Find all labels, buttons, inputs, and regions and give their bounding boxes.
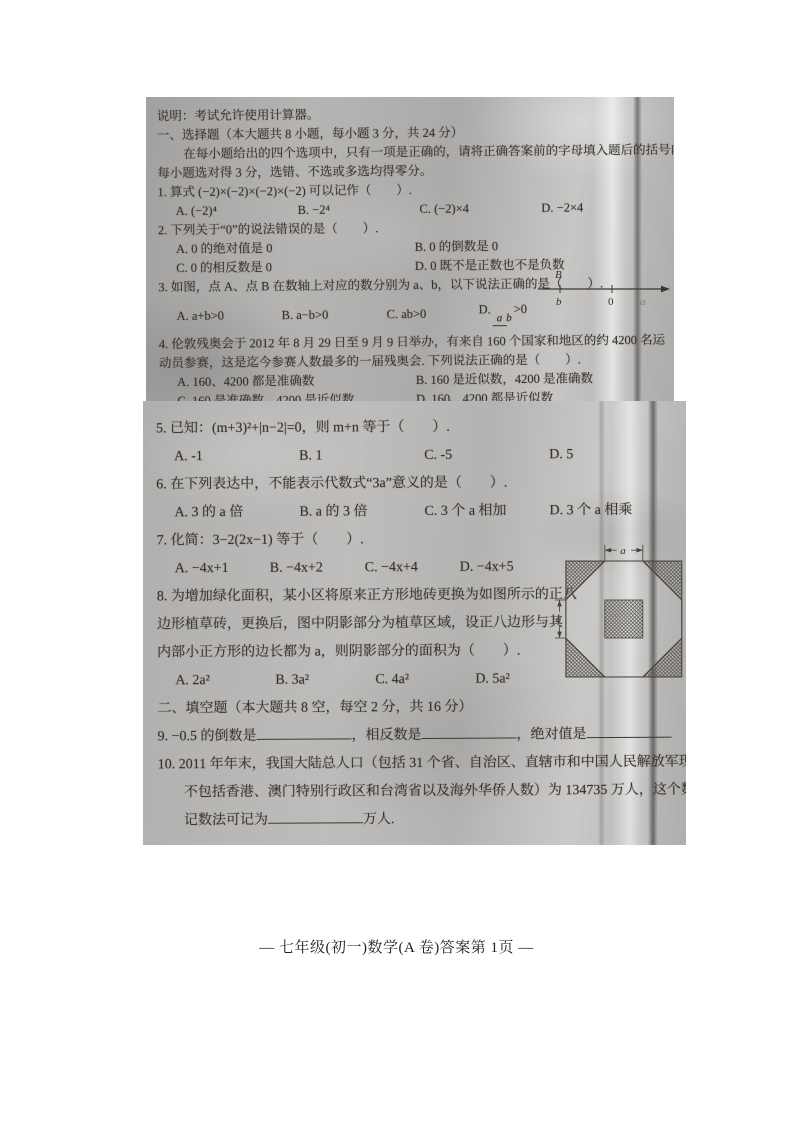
q3-option-d-tail: >0 xyxy=(514,300,527,319)
q8-option-d: D. 5a² xyxy=(475,666,510,694)
q5-option-a: A. -1 xyxy=(174,443,299,472)
shaded-center-square xyxy=(605,600,643,638)
q3-option-a: A. a+b>0 xyxy=(176,306,281,326)
numline-label-B: B xyxy=(555,269,562,281)
arrowhead-icon xyxy=(557,632,562,638)
q6-options: A. 3 的 a 倍 B. a 的 3 倍 C. 3 个 a 相加 D. 3 个… xyxy=(156,497,677,528)
q9-text-1: 9. −0.5 的倒数是 xyxy=(158,729,257,745)
fraction-a-over-b: ab xyxy=(493,311,512,326)
q10-line1: 10. 2011 年年末，我国大陆总人口（包括 31 个省、自治区、直辖市和中国… xyxy=(158,749,679,780)
q4-option-c: C. 160 是准确数、4200 是近似数 xyxy=(177,390,416,401)
q2-option-a: A. 0 的绝对值是 0 xyxy=(176,238,415,259)
fraction-denominator: b xyxy=(506,312,512,324)
q4-option-b: B. 160 是近似数，4200 是准确数 xyxy=(416,369,655,390)
q8-stem-line3: 内部小正方形的边长都为 a，则阴影部分的面积为（ ）. xyxy=(157,637,561,667)
q1-option-d: D. −2×4 xyxy=(541,198,663,218)
q1-option-c: C. (−2)×4 xyxy=(419,199,541,219)
q9-text-3: ，绝对值是 xyxy=(516,727,586,742)
number-line-figure: B b 0 a xyxy=(536,265,672,309)
q7-option-a: A. −4x+1 xyxy=(175,555,270,583)
q8-option-c: C. 4a² xyxy=(375,666,475,695)
q10-line3: 记数法可记为万人. xyxy=(158,805,679,836)
q3-option-d-label: D. xyxy=(478,300,490,319)
q3-option-b: B. a−b>0 xyxy=(281,305,386,325)
q5-option-d: D. 5 xyxy=(549,441,674,470)
q7-options: A. −4x+1 B. −4x+2 C. −4x+4 D. −4x+5 xyxy=(157,553,561,583)
numline-label-b: b xyxy=(556,296,562,308)
arrowhead-icon xyxy=(661,286,670,293)
octagon-tile-figure: a a xyxy=(555,529,686,709)
q6-option-b: B. a 的 3 倍 xyxy=(299,498,424,527)
q9-blank-1 xyxy=(256,725,351,739)
dimension-label-top: a xyxy=(620,545,626,557)
q1-option-b: B. −2⁴ xyxy=(297,200,419,220)
q9-blank-3 xyxy=(586,724,671,738)
q6-stem: 6. 在下列表达中，不能表示代数式“3a”意义的是（ ）. xyxy=(156,469,677,500)
q7-option-c: C. −4x+4 xyxy=(365,554,460,582)
q4-option-d: D. 160、4200 都是近似数 xyxy=(416,388,655,401)
q9-text-2: ，相反数是 xyxy=(351,728,421,743)
q8-options: A. 2a² B. 3a² C. 4a² D. 5a² xyxy=(157,665,561,695)
q2-option-c: C. 0 的相反数是 0 xyxy=(176,257,415,278)
q3-option-d: D. ab>0 xyxy=(478,300,527,326)
q5-option-c: C. -5 xyxy=(424,441,549,470)
q9-blank-2 xyxy=(421,724,516,738)
q9-line: 9. −0.5 的倒数是，相反数是，绝对值是 xyxy=(158,721,679,752)
q3-option-c: C. ab>0 xyxy=(386,304,478,324)
q5-options: A. -1 B. 1 C. -5 D. 5 xyxy=(156,441,677,472)
q6-option-c: C. 3 个 a 相加 xyxy=(424,497,549,526)
q7-option-b: B. −4x+2 xyxy=(270,554,365,582)
q8-option-a: A. 2a² xyxy=(175,667,275,696)
q6-option-d: D. 3 个 a 相乘 xyxy=(549,497,674,526)
q6-option-a: A. 3 的 a 倍 xyxy=(174,499,299,528)
photo-fragment-bottom: 5. 已知：(m+3)²+|n−2|=0，则 m+n 等于（ ）. A. -1 … xyxy=(143,401,686,845)
numline-label-a: a xyxy=(640,296,646,308)
fraction-numerator: a xyxy=(493,313,507,326)
scanned-exam-page: 说明：考试允许使用计算器。 一、选择题（本大题共 8 小题，每小题 3 分，共 … xyxy=(0,0,793,1122)
exam-text-top: 说明：考试允许使用计算器。 一、选择题（本大题共 8 小题，每小题 3 分，共 … xyxy=(146,97,674,401)
arrowhead-icon xyxy=(557,600,562,606)
q10-text-pre: 记数法可记为 xyxy=(184,813,268,828)
arrowhead-icon xyxy=(636,548,642,553)
q5-option-b: B. 1 xyxy=(299,442,424,471)
q8-stem-line2: 边形植草砖，更换后，图中阴影部分为植草区域，设正八边形与其 xyxy=(157,609,561,639)
arrowhead-icon xyxy=(605,548,611,553)
q8-option-b: B. 3a² xyxy=(275,666,375,695)
q10-blank xyxy=(268,809,363,823)
dimension-label-left: a xyxy=(556,614,562,626)
q7-option-d: D. −4x+5 xyxy=(460,553,514,581)
q5-stem: 5. 已知：(m+3)²+|n−2|=0，则 m+n 等于（ ）. xyxy=(156,413,677,444)
q8-stem-line1: 8. 为增加绿化面积，某小区将原来正方形地砖更换为如图所示的正八 xyxy=(157,581,561,611)
numline-label-zero: 0 xyxy=(608,296,614,308)
q1-option-a: A. (−2)⁴ xyxy=(176,201,298,221)
page-footer: — 七年级(初一)数学(A 卷)答案第 1页 — xyxy=(0,936,793,957)
q2-option-b: B. 0 的倒数是 0 xyxy=(415,236,654,257)
photo-fragment-top: 说明：考试允许使用计算器。 一、选择题（本大题共 8 小题，每小题 3 分，共 … xyxy=(146,97,674,401)
q10-text-post: 万人. xyxy=(363,812,395,827)
q4-option-a: A. 160、4200 都是准确数 xyxy=(177,371,416,392)
q10-line2: 不包括香港、澳门特别行政区和台湾省以及海外华侨人数）为 134735 万人，这个… xyxy=(158,777,679,808)
